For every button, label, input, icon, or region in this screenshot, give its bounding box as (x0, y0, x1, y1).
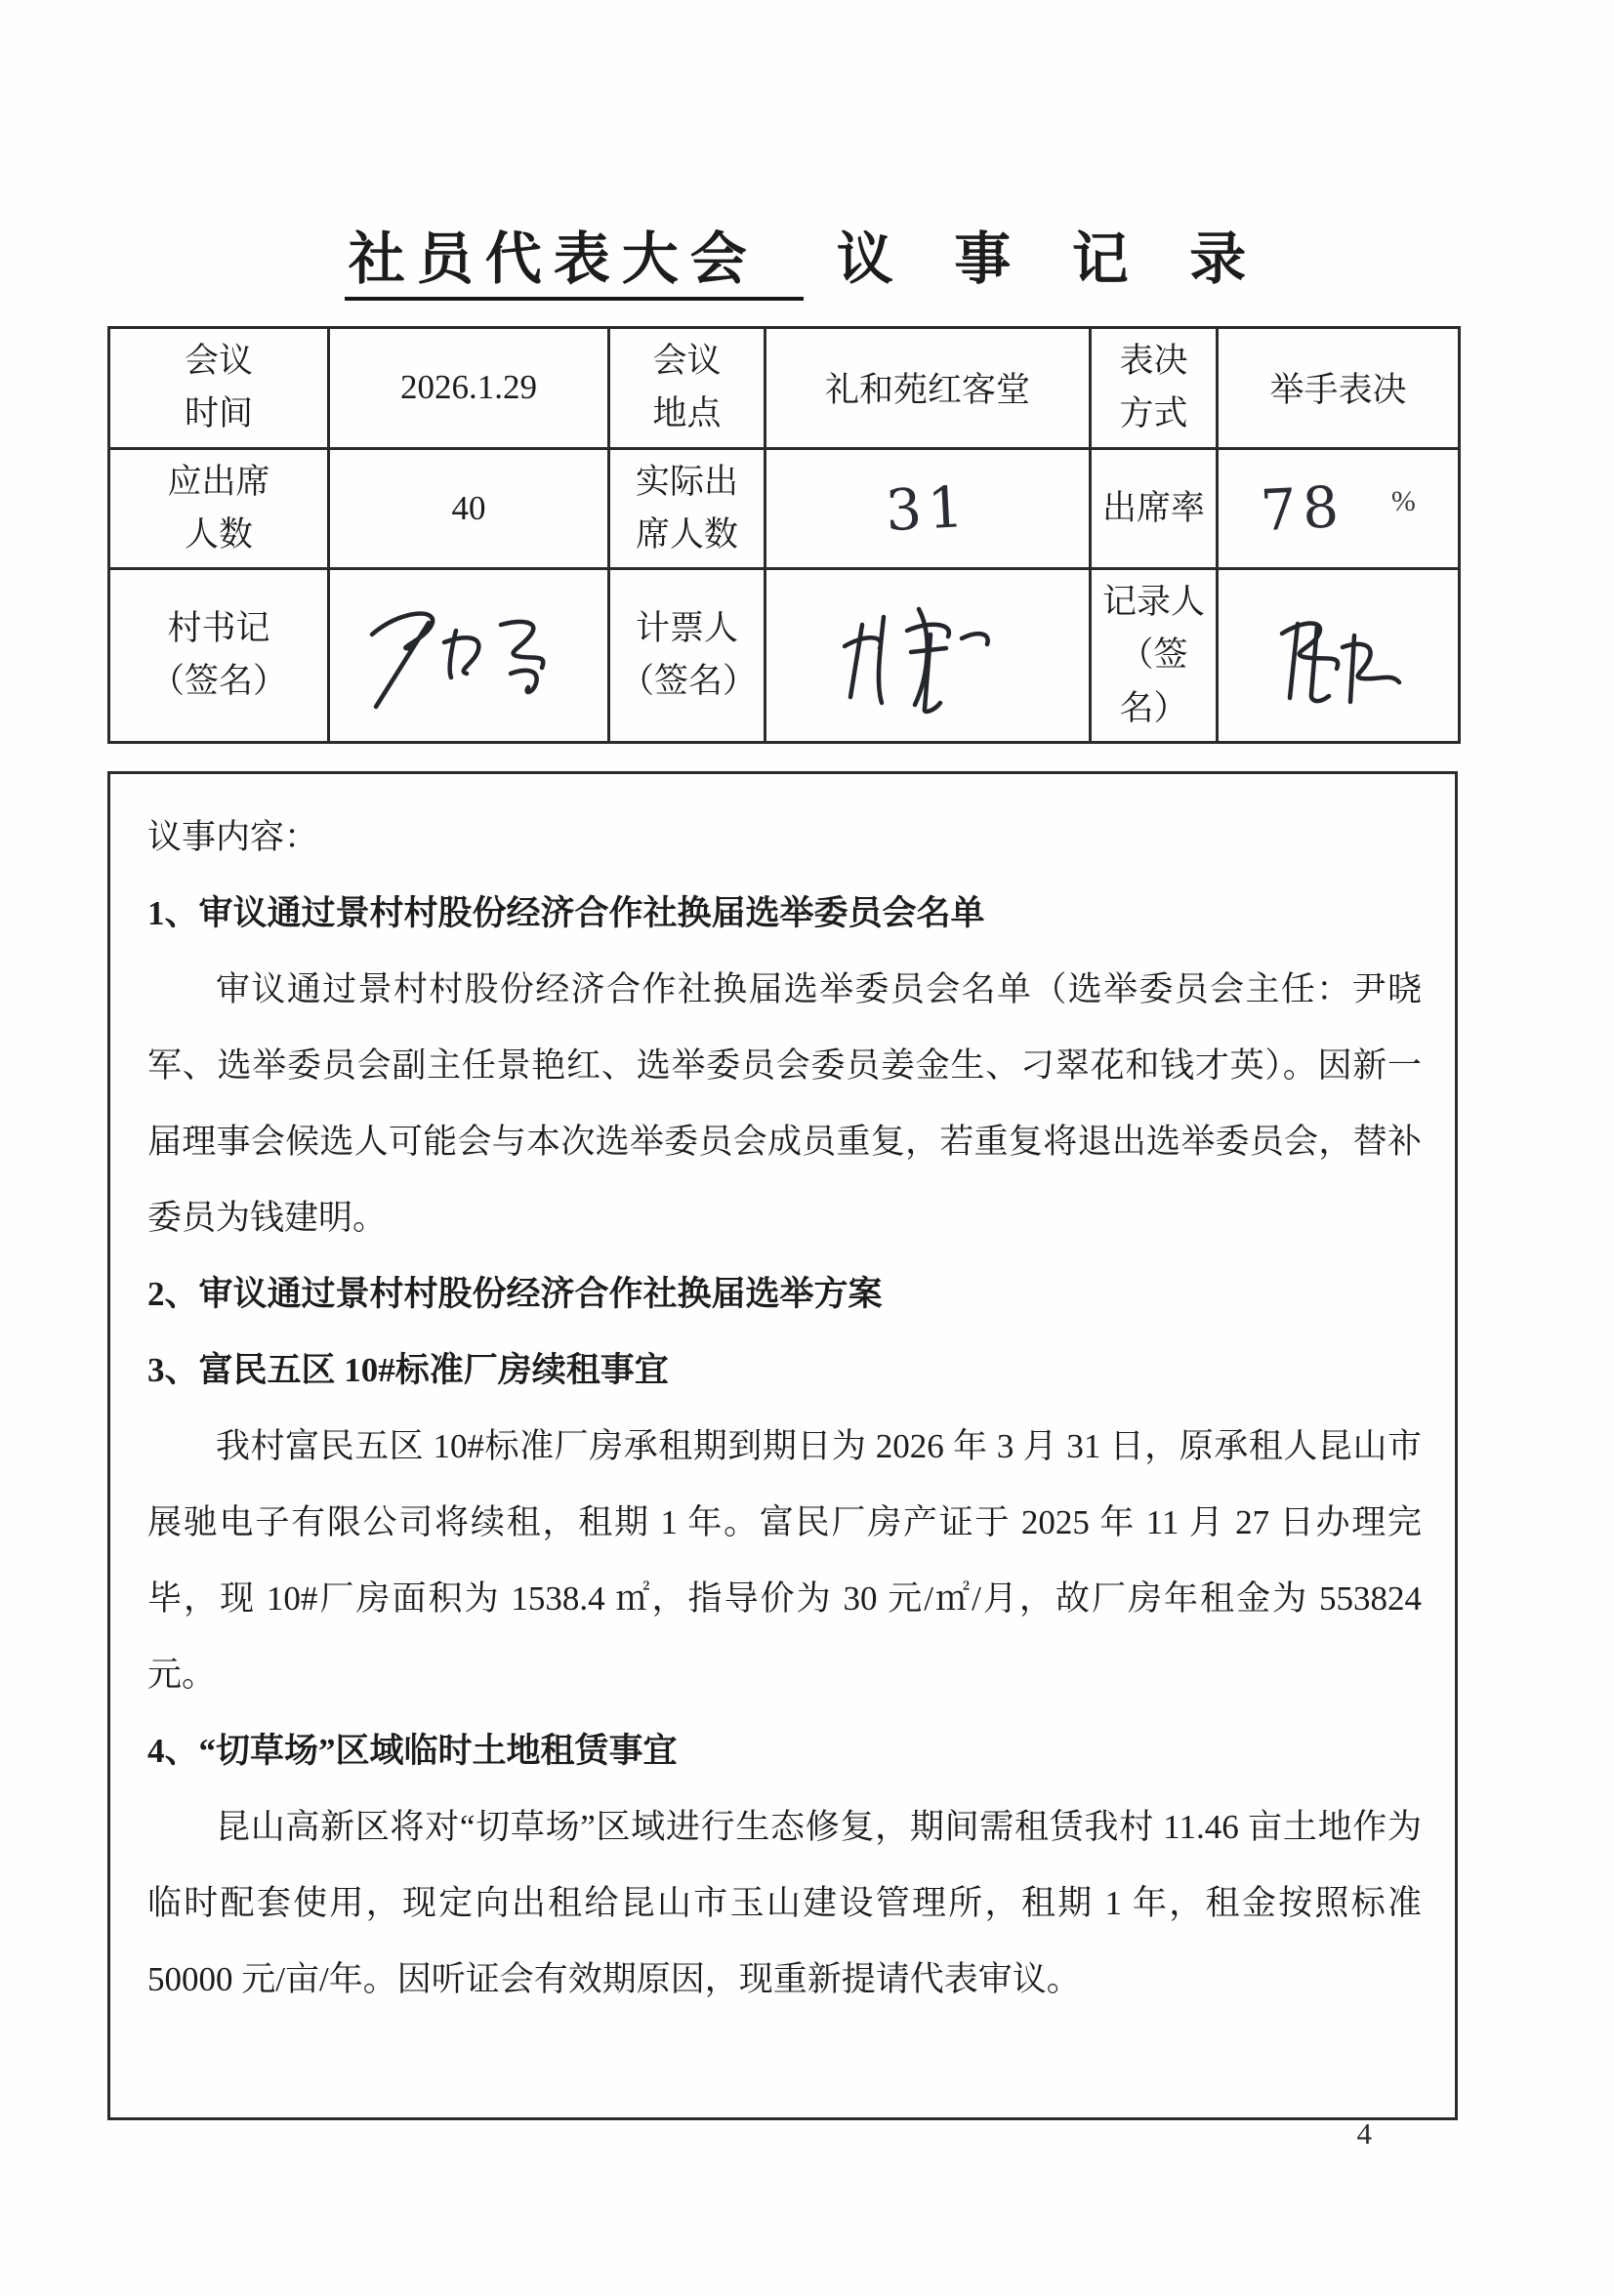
recorder-sign-label-line1: 记录人 (1101, 576, 1206, 629)
handwritten-attendance-rate: 78 (1259, 473, 1345, 544)
document-page: 社员代表大会议 事 记 录 会议 时间 2026.1.29 会议 地点 礼和苑红… (0, 0, 1614, 2296)
meeting-time-label-line2: 时间 (120, 388, 317, 440)
meeting-info-table: 会议 时间 2026.1.29 会议 地点 礼和苑红客堂 表决 方式 举手表决 … (107, 326, 1461, 744)
title-suffix: 议 事 记 录 (837, 227, 1270, 291)
secretary-sign-label-line1: 村书记 (120, 602, 317, 655)
meeting-place-label: 会议 地点 (609, 328, 766, 449)
secretary-sign-label: 村书记 （签名） (109, 569, 329, 743)
actual-attendance-label-line2: 席人数 (620, 509, 754, 561)
minutes-content-box: 议事内容： 1、审议通过景村村股份经济合作社换届选举委员会名单 审议通过景村村股… (107, 771, 1458, 2120)
teller-sign-label-line2: （签名） (620, 655, 754, 708)
attendance-rate-label-line1: 出席率 (1101, 482, 1206, 535)
vote-method-label-line1: 表决 (1101, 335, 1206, 388)
vote-method-label: 表决 方式 (1091, 328, 1218, 449)
actual-attendance-label: 实际出 席人数 (609, 448, 766, 569)
meeting-time-label: 会议 时间 (109, 328, 329, 449)
vote-method-label-line2: 方式 (1101, 388, 1206, 440)
attendance-rate-value: 78% (1218, 448, 1460, 569)
title-main: 社员代表大会 (345, 227, 804, 301)
meeting-time-label-line1: 会议 (120, 335, 317, 388)
meeting-place-value: 礼和苑红客堂 (766, 328, 1091, 449)
page-number: 4 (1357, 2116, 1373, 2152)
agenda-item-3-body: 我村富民五区 10#标准厂房承租期到期日为 2026 年 3 月 31 日，原承… (147, 1409, 1422, 1713)
recorder-signature-cell (1218, 569, 1460, 743)
expected-attendance-value: 40 (329, 448, 609, 569)
agenda-item-1-body: 审议通过景村村股份经济合作社换届选举委员会名单（选举委员会主任：尹晓军、选举委员… (147, 952, 1422, 1256)
recorder-sign-label: 记录人 （签名） (1091, 569, 1218, 743)
agenda-item-1-title: 1、审议通过景村村股份经济合作社换届选举委员会名单 (147, 876, 1422, 952)
secretary-sign-label-line2: （签名） (120, 655, 317, 708)
table-row: 村书记 （签名） 计票人 （签名） (109, 569, 1460, 743)
meeting-place-label-line2: 地点 (620, 388, 754, 440)
teller-sign-label: 计票人 （签名） (609, 569, 766, 743)
agenda-item-3-title: 3、富民五区 10#标准厂房续租事宜 (147, 1332, 1422, 1409)
actual-attendance-value: 31 (766, 448, 1091, 569)
teller-signature-cell (766, 569, 1091, 743)
agenda-item-2-title: 2、审议通过景村村股份经济合作社换届选举方案 (147, 1256, 1422, 1332)
teller-signature-icon (825, 595, 1030, 715)
percent-sign: % (1391, 485, 1416, 517)
meeting-place-label-line1: 会议 (620, 335, 754, 388)
agenda-item-4-body: 昆山高新区将对“切草场”区域进行生态修复，期间需租赁我村 11.46 亩土地作为… (147, 1789, 1422, 2018)
handwritten-actual-attendance: 31 (884, 473, 971, 544)
content-heading: 议事内容： (147, 799, 1422, 876)
table-row: 会议 时间 2026.1.29 会议 地点 礼和苑红客堂 表决 方式 举手表决 (109, 328, 1460, 449)
meeting-time-value: 2026.1.29 (329, 328, 609, 449)
expected-attendance-label-line2: 人数 (120, 509, 317, 561)
secretary-signature-icon (347, 597, 591, 713)
table-row: 应出席 人数 40 实际出 席人数 31 出席率 78% (109, 448, 1460, 569)
teller-sign-label-line1: 计票人 (620, 602, 754, 655)
recorder-sign-label-line2: （签名） (1101, 629, 1206, 735)
recorder-signature-icon (1253, 600, 1424, 710)
actual-attendance-label-line1: 实际出 (620, 456, 754, 509)
expected-attendance-label: 应出席 人数 (109, 448, 329, 569)
secretary-signature-cell (329, 569, 609, 743)
attendance-rate-label: 出席率 (1091, 448, 1218, 569)
agenda-item-4-title: 4、“切草场”区域临时土地租赁事宜 (147, 1713, 1422, 1789)
vote-method-value: 举手表决 (1218, 328, 1460, 449)
expected-attendance-label-line1: 应出席 (120, 456, 317, 509)
page-title: 社员代表大会议 事 记 录 (0, 213, 1614, 295)
